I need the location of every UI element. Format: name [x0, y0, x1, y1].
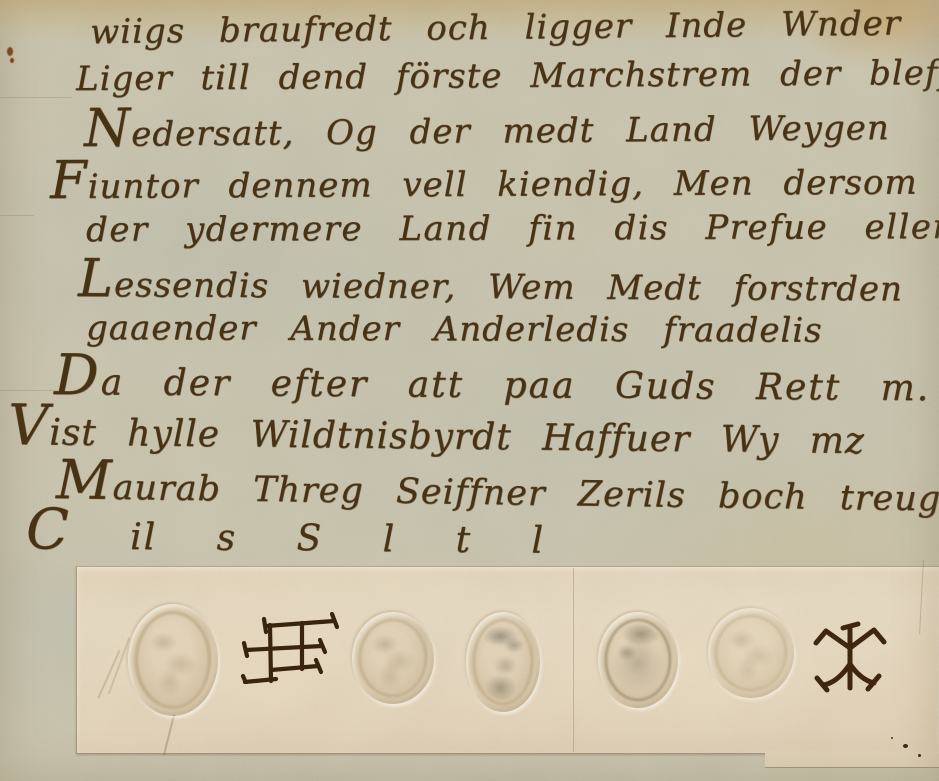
- embossed-seal-4: [598, 612, 678, 708]
- manuscript-line-1: wiigs braufredt och ligger Inde Wnder: [90, 4, 901, 52]
- embossed-seal-5: [708, 608, 794, 698]
- paper-crease: [0, 97, 72, 98]
- embossed-seal-3: [466, 612, 540, 712]
- manuscript-line-5: der ydermere Land fin dis Prefue eller: [86, 207, 939, 250]
- ink-fleck: [903, 744, 908, 748]
- manuscript-line-2: Liger till dend förste Marchstrem der bl…: [76, 53, 939, 99]
- seal-strip-paper-fold: [765, 753, 939, 768]
- manuscript-line-11-clipped: C il s S l t l: [26, 508, 545, 562]
- ink-fleck: [891, 737, 893, 739]
- strip-seam: [573, 568, 574, 752]
- paper-crease: [0, 215, 34, 216]
- manuscript-line-7: gaaender Ander Anderledis fraadelis: [86, 308, 823, 351]
- embossed-seal-2: [352, 612, 434, 704]
- manuscript-line-6: Lessendis wiedner, Wem Medt forstrden: [78, 258, 903, 309]
- manuscript-line-3: Nedersatt, Og der medt Land Weygen: [84, 101, 890, 155]
- manuscript-line-9: Vist hylle Wildtnisbyrdt Haffuer Wy mz: [8, 404, 865, 462]
- manuscript-line-4: Fiuntor dennem vell kiendig, Men dersom: [50, 155, 918, 207]
- ink-fleck: [918, 754, 921, 757]
- rust-spot: [10, 58, 14, 63]
- manuscript-page: wiigs braufredt och ligger Inde Wnder Li…: [0, 0, 939, 781]
- forked-cross-house-mark-icon: [804, 616, 900, 712]
- embossed-seal-1: [128, 604, 218, 716]
- double-e-house-mark-icon: [238, 608, 342, 684]
- rust-spot: [7, 47, 13, 56]
- manuscript-line-8: Da der efter att paa Guds Rett m.: [54, 354, 931, 409]
- paper-crease: [0, 390, 58, 391]
